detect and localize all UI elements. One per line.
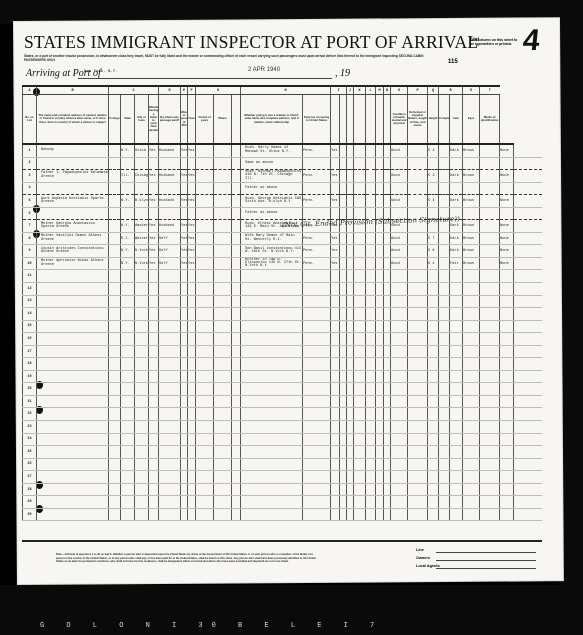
joining-relative-cell <box>241 458 303 471</box>
purpose-cell: Perm. <box>303 245 331 258</box>
state-cell <box>121 283 135 296</box>
line-number: 16 <box>23 333 37 346</box>
paid-cell: Husband <box>159 170 181 183</box>
marks-cell <box>500 358 514 371</box>
money-cell: Yes <box>181 170 188 183</box>
relative-address-cell <box>37 270 109 283</box>
relative-address-cell: Father I. Papadopoulos Kalamata Greece <box>37 170 109 183</box>
state-cell <box>121 471 135 484</box>
relative-address-cell <box>37 458 109 471</box>
money-cell: Yes <box>181 257 188 270</box>
ticket-cell <box>149 383 159 396</box>
city-cell: N.York <box>135 245 149 258</box>
relative-address-cell <box>37 333 109 346</box>
ticket-cell <box>149 421 159 434</box>
relative-address-cell <box>37 295 109 308</box>
header-money: Whether in possession of $50 <box>181 95 188 145</box>
city-cell <box>135 370 149 383</box>
ticket-cell <box>149 333 159 346</box>
foreign-cell <box>109 395 121 408</box>
stay-cell <box>331 270 340 283</box>
money-cell <box>181 408 188 421</box>
marks-cell <box>500 421 514 434</box>
stay-cell <box>331 421 340 434</box>
joining-relative-cell: Brother in law A. Eliopoulos 145 W. 27th… <box>241 257 303 270</box>
relative-address-cell: Mother Georgia Anastasiou Sparta Greece <box>37 220 109 233</box>
ticket-cell: Yes <box>149 144 159 157</box>
relative-address-cell <box>37 408 109 421</box>
city-cell <box>135 458 149 471</box>
money-cell <box>181 471 188 484</box>
relative-address-cell <box>37 433 109 446</box>
foreign-cell <box>109 245 121 258</box>
marks-cell <box>500 395 514 408</box>
joining-relative-cell <box>241 295 303 308</box>
marks-cell: None <box>500 232 514 245</box>
relative-address-cell: Cousin Aristides Constantinou Athens Gre… <box>37 245 109 258</box>
state-cell <box>121 295 135 308</box>
city-cell <box>135 446 149 459</box>
state-cell <box>121 458 135 471</box>
city-cell <box>135 383 149 396</box>
hair-cell: Brown <box>463 170 480 183</box>
condition-cell <box>391 320 408 333</box>
hair-cell: Brown <box>463 232 480 245</box>
height-cell <box>428 295 439 308</box>
state-cell: N.Y. <box>121 245 135 258</box>
line-number: 5 <box>23 195 37 208</box>
state-cell <box>121 421 135 434</box>
foreign-cell <box>109 257 121 270</box>
stay-cell <box>331 333 340 346</box>
prev-cell: Yes 1914/38 N.Y. <box>188 220 196 233</box>
ticket-cell <box>149 458 159 471</box>
height-cell <box>428 433 439 446</box>
state-cell <box>121 433 135 446</box>
table-row: 6Father as above <box>23 207 543 220</box>
purpose-cell <box>303 207 331 220</box>
table-row: 16 <box>23 333 543 346</box>
condition-cell <box>391 433 408 446</box>
height-cell: 5 3 <box>428 170 439 183</box>
prev-cell: Yes 1920/38 N.Y. <box>188 195 196 208</box>
list-box: List 4 This column on this sheet to be t… <box>470 28 540 46</box>
ticket-cell <box>149 496 159 509</box>
line-number: 15 <box>23 320 37 333</box>
stay-cell <box>331 157 340 170</box>
relative-address-cell <box>37 283 109 296</box>
joining-relative-cell <box>241 320 303 333</box>
prev-cell <box>188 345 196 358</box>
table-row: 5Aunt Aspasia Kostiakis Sparta GreeceN.Y… <box>23 195 543 208</box>
hair-cell <box>463 270 480 283</box>
height-cell <box>428 182 439 195</box>
paid-cell <box>159 508 181 521</box>
city-cell: Utica <box>135 144 149 157</box>
marks-cell: None <box>500 144 514 157</box>
height-cell <box>428 308 439 321</box>
prev-cell <box>188 421 196 434</box>
height-cell <box>428 283 439 296</box>
joining-relative-cell <box>241 333 303 346</box>
stay-cell <box>331 283 340 296</box>
hair-cell <box>463 370 480 383</box>
foreign-cell <box>109 345 121 358</box>
joining-relative-cell <box>241 283 303 296</box>
state-cell: N.Y. <box>121 144 135 157</box>
year-suffix: , 19 <box>335 68 350 79</box>
condition-cell <box>391 496 408 509</box>
header-line-no: No. on List <box>23 95 37 145</box>
marks-cell <box>500 207 514 220</box>
paid-cell: Self <box>159 232 181 245</box>
purpose-cell <box>303 283 331 296</box>
city-cell: Amsterdam <box>135 220 149 233</box>
money-cell <box>181 182 188 195</box>
city-cell: Chicago <box>135 170 149 183</box>
height-cell <box>428 157 439 170</box>
table-row: 30 <box>23 508 543 521</box>
stay-cell <box>331 207 340 220</box>
relative-address-cell <box>37 395 109 408</box>
state-cell <box>121 496 135 509</box>
city-cell <box>135 320 149 333</box>
header-ticket: Whether having a ticket to such final de… <box>149 95 159 145</box>
paid-cell <box>159 207 181 220</box>
state-cell <box>121 308 135 321</box>
paid-cell <box>159 308 181 321</box>
height-cell <box>428 483 439 496</box>
hair-cell <box>463 283 480 296</box>
condition-cell <box>391 295 408 308</box>
foreign-cell <box>109 421 121 434</box>
condition-cell: Good <box>391 245 408 258</box>
purpose-cell <box>303 295 331 308</box>
footer-field-line: Line <box>416 548 536 556</box>
complexion-cell: Dark <box>450 144 463 157</box>
purpose-cell <box>303 320 331 333</box>
purpose-cell <box>303 157 331 170</box>
relative-address-cell <box>37 471 109 484</box>
paid-cell <box>159 483 181 496</box>
complexion-cell: Dark <box>450 245 463 258</box>
marks-cell <box>500 283 514 296</box>
marks-cell <box>500 270 514 283</box>
purpose-cell <box>303 508 331 521</box>
state-cell <box>121 182 135 195</box>
footer-fields: Line Owners Local Agents <box>416 548 536 572</box>
line-number: 11 <box>23 270 37 283</box>
date-stamp: 2 APR 1940 <box>248 67 280 73</box>
table-row: 3Father I. Papadopoulos Kalamata GreeceI… <box>23 170 543 183</box>
condition-cell <box>391 508 408 521</box>
ticket-cell <box>149 483 159 496</box>
state-cell: R.I. <box>121 232 135 245</box>
stay-cell <box>331 182 340 195</box>
line-number: 23 <box>23 421 37 434</box>
header-intending: Purpose of coming to United States <box>303 95 331 145</box>
joining-relative-cell <box>241 496 303 509</box>
purpose-cell <box>303 446 331 459</box>
list-number: 4 <box>522 24 542 58</box>
money-cell <box>181 207 188 220</box>
height-cell <box>428 408 439 421</box>
stay-cell: Yes <box>331 170 340 183</box>
stay-cell <box>331 370 340 383</box>
condition-cell: Good <box>391 257 408 270</box>
table-row: 17 <box>23 345 543 358</box>
column-letters-row: A B C D E F G H I J K L M N O P Q R S T <box>23 86 543 95</box>
hair-cell <box>463 383 480 396</box>
prev-cell <box>188 157 196 170</box>
purpose-cell: Perm. <box>303 144 331 157</box>
marks-cell: None <box>500 195 514 208</box>
stay-cell: Yes <box>331 195 340 208</box>
height-cell <box>428 358 439 371</box>
height-cell <box>428 333 439 346</box>
state-cell <box>121 157 135 170</box>
hair-cell <box>463 333 480 346</box>
condition-cell <box>391 408 408 421</box>
relative-address-cell <box>37 483 109 496</box>
table-row: 24 <box>23 433 543 446</box>
hair-cell <box>463 345 480 358</box>
line-number: 22 <box>23 408 37 421</box>
complexion-cell <box>450 496 463 509</box>
complexion-cell <box>450 458 463 471</box>
marks-cell <box>500 308 514 321</box>
line-number: 10 <box>23 257 37 270</box>
stay-cell <box>331 345 340 358</box>
paid-cell: Self <box>159 257 181 270</box>
prev-cell <box>188 471 196 484</box>
money-cell <box>181 295 188 308</box>
paid-cell <box>159 458 181 471</box>
purpose-cell <box>303 308 331 321</box>
condition-cell <box>391 358 408 371</box>
prev-cell: Yes 1913/38 R.I. <box>188 232 196 245</box>
condition-cell <box>391 421 408 434</box>
marks-cell <box>500 182 514 195</box>
height-cell <box>428 370 439 383</box>
line-number: 19 <box>23 370 37 383</box>
hair-cell: Brown <box>463 144 480 157</box>
table-row: 20 <box>23 383 543 396</box>
column-headers-row: No. on List The name and complete addres… <box>23 95 543 145</box>
complexion-cell <box>450 345 463 358</box>
joining-relative-cell: Husb. Harry Adams 12 Mohawk St. Utica N.… <box>241 144 303 157</box>
paid-cell <box>159 383 181 396</box>
joining-relative-cell <box>241 421 303 434</box>
table-row: 11 <box>23 270 543 283</box>
height-cell <box>428 446 439 459</box>
line-number: 13 <box>23 295 37 308</box>
condition-cell <box>391 157 408 170</box>
line-number: 28 <box>23 483 37 496</box>
foreign-cell <box>109 508 121 521</box>
line-number: 1 <box>23 144 37 157</box>
money-cell <box>181 508 188 521</box>
prev-cell <box>188 383 196 396</box>
height-cell: 5 4 <box>428 257 439 270</box>
relative-address-cell <box>37 157 109 170</box>
prev-cell: Yes 1912/38 N.Y. <box>188 144 196 157</box>
state-cell <box>121 333 135 346</box>
header-foreign: Foreign <box>109 95 121 145</box>
money-cell <box>181 308 188 321</box>
city-cell <box>135 408 149 421</box>
purpose-cell <box>303 370 331 383</box>
stay-cell <box>331 458 340 471</box>
ticket-cell: Yes <box>149 195 159 208</box>
prev-cell <box>188 207 196 220</box>
height-cell: 5 4 <box>428 195 439 208</box>
purpose-cell: Perm. <box>303 195 331 208</box>
money-cell <box>181 345 188 358</box>
paid-cell <box>159 283 181 296</box>
marks-cell <box>500 446 514 459</box>
header-hair: Hair <box>450 95 463 145</box>
ticket-cell <box>149 370 159 383</box>
height-cell <box>428 270 439 283</box>
stay-cell <box>331 508 340 521</box>
city-cell <box>135 207 149 220</box>
header-where: Where <box>214 95 232 145</box>
foreign-cell <box>109 295 121 308</box>
city-cell <box>135 345 149 358</box>
joining-relative-cell <box>241 433 303 446</box>
marks-cell <box>500 471 514 484</box>
state-cell <box>121 395 135 408</box>
money-cell <box>181 157 188 170</box>
condition-cell <box>391 370 408 383</box>
complexion-cell <box>450 157 463 170</box>
ticket-cell: Yes <box>149 245 159 258</box>
marks-cell <box>500 458 514 471</box>
stay-cell <box>331 320 340 333</box>
ticket-cell <box>149 295 159 308</box>
complexion-cell <box>450 283 463 296</box>
prev-cell <box>188 370 196 383</box>
relative-address-cell <box>37 496 109 509</box>
line-number: 3 <box>23 170 37 183</box>
line-number: 21 <box>23 395 37 408</box>
prev-cell <box>188 270 196 283</box>
state-cell <box>121 320 135 333</box>
foreign-cell <box>109 446 121 459</box>
purpose-cell <box>303 383 331 396</box>
foreign-cell <box>109 195 121 208</box>
joining-relative-cell <box>241 370 303 383</box>
footer-rule <box>22 540 542 542</box>
state-cell: N.Y. <box>121 195 135 208</box>
state-cell <box>121 446 135 459</box>
foreign-cell <box>109 207 121 220</box>
hair-cell: Brown <box>463 245 480 258</box>
condition-cell <box>391 308 408 321</box>
hair-cell <box>463 483 480 496</box>
complexion-cell <box>450 320 463 333</box>
marks-cell <box>500 383 514 396</box>
state-cell: Ill. <box>121 170 135 183</box>
stay-cell <box>331 295 340 308</box>
complexion-cell: Dark <box>450 195 463 208</box>
relative-address-cell <box>37 383 109 396</box>
foreign-cell <box>109 182 121 195</box>
paid-cell <box>159 421 181 434</box>
stay-cell: Yes <box>331 232 340 245</box>
joining-relative-cell: Son Basil Constantinou 411 W. 46th St. N… <box>241 245 303 258</box>
paid-cell <box>159 370 181 383</box>
line-number: 8 <box>23 232 37 245</box>
hair-cell: Brown <box>463 220 480 233</box>
purpose-cell <box>303 270 331 283</box>
marks-cell <box>500 496 514 509</box>
line-number: 29 <box>23 496 37 509</box>
foreign-cell <box>109 358 121 371</box>
money-cell: Yes <box>181 245 188 258</box>
purpose-cell <box>303 182 331 195</box>
prev-cell <box>188 508 196 521</box>
table-row: 25 <box>23 446 543 459</box>
marks-cell: None <box>500 245 514 258</box>
prev-cell <box>188 295 196 308</box>
prev-cell <box>188 483 196 496</box>
complexion-cell <box>450 395 463 408</box>
table-row: 18 <box>23 358 543 371</box>
marks-cell: None <box>500 257 514 270</box>
foreign-cell <box>109 433 121 446</box>
state-cell <box>121 383 135 396</box>
hair-cell <box>463 182 480 195</box>
complexion-cell <box>450 508 463 521</box>
purpose-cell <box>303 395 331 408</box>
line-number: 26 <box>23 458 37 471</box>
city-cell: B.klyn <box>135 195 149 208</box>
foreign-cell <box>109 458 121 471</box>
height-cell <box>428 395 439 408</box>
joining-relative-cell: Father as above <box>241 207 303 220</box>
condition-cell <box>391 483 408 496</box>
hair-cell <box>463 395 480 408</box>
paid-cell <box>159 433 181 446</box>
line-number: 12 <box>23 283 37 296</box>
line-number: 9 <box>23 245 37 258</box>
table-row: 4Father as above <box>23 182 543 195</box>
money-cell <box>181 320 188 333</box>
prev-cell <box>188 458 196 471</box>
height-cell: 5 7 <box>428 232 439 245</box>
foreign-cell <box>109 483 121 496</box>
joining-relative-cell <box>241 345 303 358</box>
table-row: 28 <box>23 483 543 496</box>
foreign-cell <box>109 308 121 321</box>
city-cell <box>135 283 149 296</box>
hair-cell <box>463 295 480 308</box>
relative-address-cell <box>37 320 109 333</box>
purpose-cell: Perm. <box>303 257 331 270</box>
paid-cell <box>159 182 181 195</box>
hair-cell <box>463 320 480 333</box>
city-cell: Westerly <box>135 232 149 245</box>
height-cell: 5 8 <box>428 245 439 258</box>
paid-cell <box>159 345 181 358</box>
complexion-cell <box>450 295 463 308</box>
ticket-cell: Yes <box>149 170 159 183</box>
condition-cell: Good <box>391 195 408 208</box>
complexion-cell <box>450 408 463 421</box>
condition-cell <box>391 333 408 346</box>
